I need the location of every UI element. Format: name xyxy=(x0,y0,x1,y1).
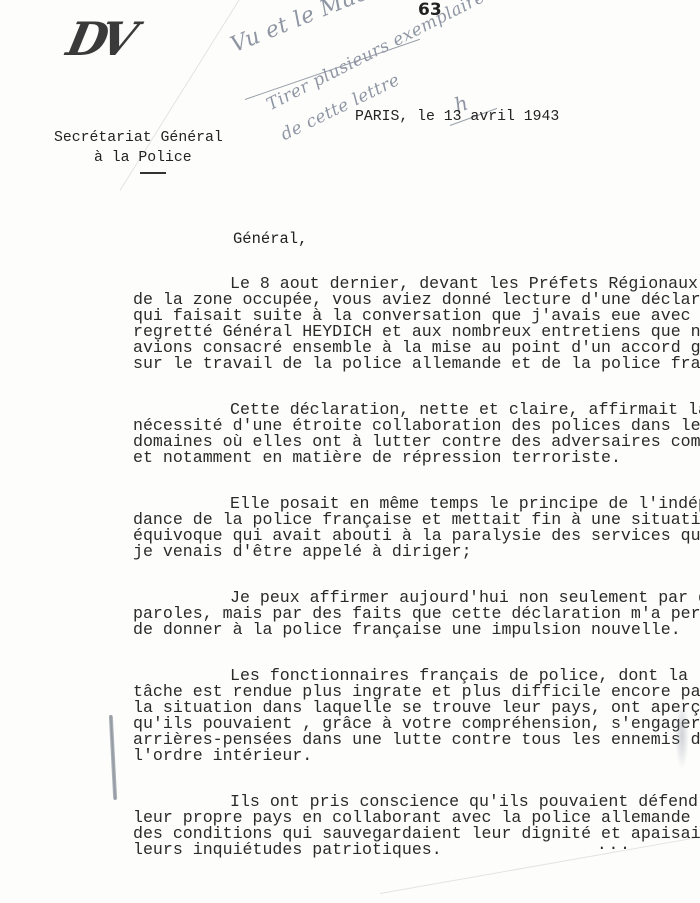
paragraph: Cette déclaration, nette et claire, affi… xyxy=(133,402,700,466)
text-line: sur le travail de la police allemande et… xyxy=(133,356,700,372)
paragraph: Elle posait en même temps le principe de… xyxy=(133,496,700,560)
paragraph: Le 8 aout dernier, devant les Préfets Ré… xyxy=(133,276,700,372)
text-line: et notamment en matière de répression te… xyxy=(133,450,700,466)
paragraph: Les fonctionnaires français de police, d… xyxy=(133,668,700,764)
sender-rule xyxy=(140,172,166,174)
sender-block: Secrétariat Général à la Police xyxy=(54,128,223,174)
text-line: je venais d'être appelé à diriger; xyxy=(133,544,700,560)
letter-page: DV 63 Vu et le Mao Tirer plusieurs exemp… xyxy=(0,0,700,903)
margin-pencil-mark xyxy=(109,715,117,800)
handwritten-initials: DV xyxy=(62,12,136,66)
text-line: l'ordre intérieur. xyxy=(133,748,700,764)
text-line: de donner à la police française une impu… xyxy=(133,622,700,638)
handwritten-note-line-1: Vu et le Mao xyxy=(227,0,372,58)
sender-line-1: Secrétariat Général xyxy=(54,128,223,148)
margin-smudge xyxy=(675,700,689,770)
sender-line-2: à la Police xyxy=(54,148,223,168)
dateline: PARIS, le 13 avril 1943 xyxy=(355,109,559,125)
salutation: Général, xyxy=(233,230,307,248)
paragraph: Je peux affirmer aujourd'hui non seuleme… xyxy=(133,590,700,638)
continuation-mark: ... xyxy=(597,836,632,854)
letter-body: Le 8 aout dernier, devant les Préfets Ré… xyxy=(133,276,700,888)
